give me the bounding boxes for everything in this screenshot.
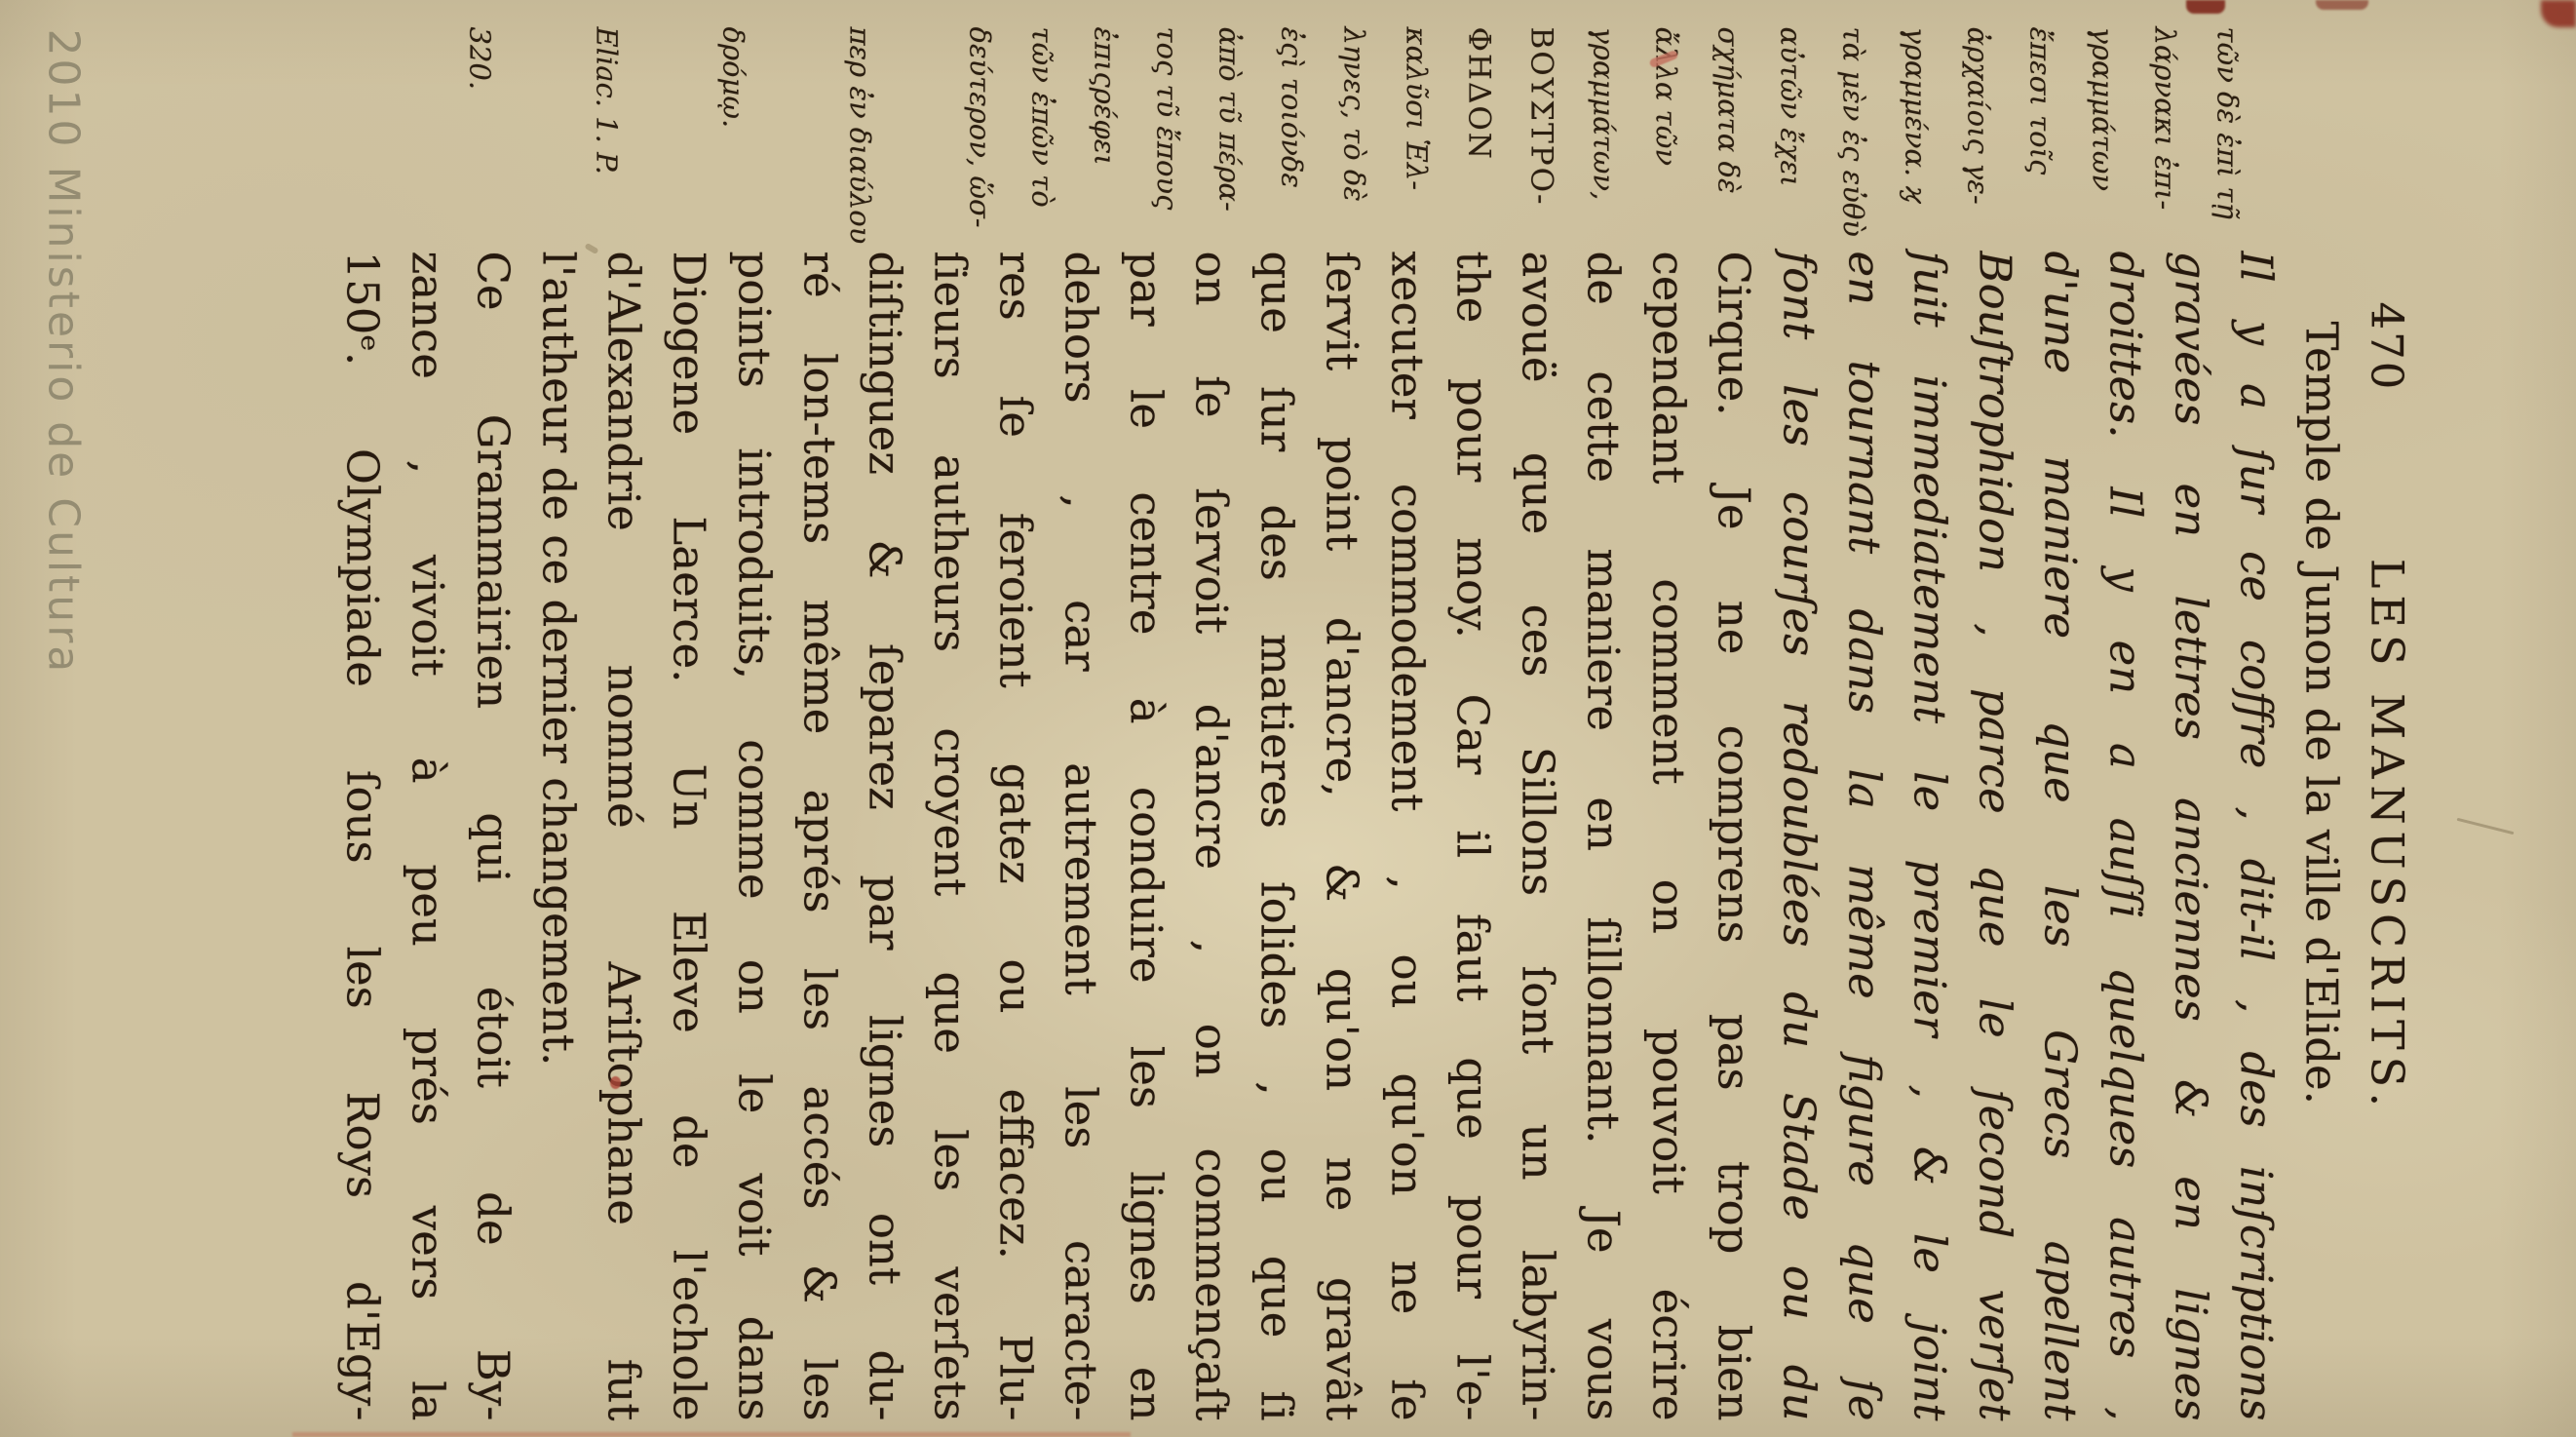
text-line: par le centre à conduire les lignes en [1114,252,1179,1421]
text-line: on ſe ſervoit d'ancre , on commençaſt [1179,252,1245,1421]
citation-source: Eliac. 1. P. [544,27,671,253]
margin-note-line: ἀπὸ τῦ πέρα- [1199,27,1261,253]
text-line: 150ᵉ. Olympiade ſous les Roys d'Egy- [330,252,396,1421]
margin-note-line: σχήματα δὲ [1698,27,1760,253]
margin-note-line-phedon: ΦΗΔΟΝ [1448,27,1511,253]
margin-note-line: τῶν ἐπῶν τὸ [1012,27,1074,253]
margin-note-line: γραμμένα. ϗ [1885,27,1947,253]
text-line: cependant comment on pouvoit écrire [1636,252,1702,1421]
text-line: res ſe feroient gatez ou effacez. Plu- [983,252,1049,1421]
text-line: de cette maniere en ſillonnant. Je vous [1571,252,1636,1421]
text-line: font les courſes redoublées du Stade ou … [1767,252,1832,1421]
margin-note-line: ἐςὶ τοιόνδε [1261,27,1324,253]
text-line: gravées en lettres anciennes & en lignes [2159,252,2224,1421]
margin-note-greek: τῶν δὲ ἐπὶ τῇ λάρνακι ἐπι- γραμμάτων ἔπε… [949,27,2259,253]
text-line: ſuit immediatement le premier , & le joi… [1898,252,1963,1421]
book-page-rotated: τῶν δὲ ἐπὶ τῇ λάρνακι ἐπι- γραμμάτων ἔπε… [0,0,2576,1437]
text-line: diſtinguez & ſeparez par lignes ont du- [853,252,918,1421]
margin-note-line: καλῦσι Ἑλ- [1386,27,1448,253]
text-line: the pour moy. Car il faut que pour l'e- [1441,252,1506,1421]
text-line: Il y a ſur ce coffre , dit-il , des inſc… [2224,252,2289,1421]
scanned-book-page: τῶν δὲ ἐπὶ τῇ λάρνακι ἐπι- γραμμάτων ἔπε… [0,0,2576,1437]
margin-note-line: τος τῦ ἔπους [1136,27,1199,253]
margin-note-line: ἐπιςρέφει [1074,27,1136,253]
margin-note-line: δεύτερον, ὥσ- [949,27,1012,253]
margin-note-line: ἀρχαίοις γε- [1947,27,2010,253]
text-line: que ſur des matieres ſolides , ou que ſi [1245,252,1310,1421]
running-head: 470 LES MANUSCRITS. [2355,252,2420,1421]
text-line: en tournant dans la même figure que ſe [1832,252,1898,1421]
text-line: ſervit point d'ancre, & qu'on ne gravât [1310,252,1375,1421]
margin-note-line-boustro: ΒΟΥΣΤΡΟ- [1511,27,1573,253]
margin-note-line: ληνες, τὸ δὲ [1324,27,1386,253]
text-line: Cirque. Je ne comprens pas trop bien [1702,252,1767,1421]
margin-note-line: δρόμῳ. [671,27,797,253]
citation-page: 320. [417,27,544,253]
margin-note-line: τῶν δὲ ἐπὶ τῇ [2197,27,2259,253]
text-line: ré lon-tems même aprés les accés & les [788,252,853,1421]
text-line: droittes. Il y en a auſſi quelques autre… [2094,252,2159,1421]
margin-note-line: γραμμάτων [2072,27,2134,253]
margin-note-line: λάρνακι ἐπι- [2134,27,2197,253]
text-line: dehors , car autrement les caracte- [1049,252,1114,1421]
text-line: Diogene Laerce. Un Eleve de l'echole [657,252,722,1421]
text-line: zance , vivoit à peu prés vers la [396,252,461,1421]
text-line: d'une maniere que les Grecs apellent [2028,252,2094,1421]
text-line: Temple de Junon de la ville d'Elide. [2289,252,2355,1421]
text-line: xecuter commodement , ou qu'on ne ſe [1375,252,1441,1421]
watermark-text: 2010 Ministerio de Cultura [39,29,89,907]
margin-note-line: τὰ μὲν ἐς εὐθὺ [1823,27,1885,253]
text-line: ſieurs autheurs croyent que les verſets [918,252,983,1421]
running-title: LES MANUSCRITS. [2355,252,2420,1421]
text-line: Bouſtrophidon , parce que le ſecond verſ… [1963,252,2028,1421]
text-line: avouë que ces Sillons ſont un labyrin- [1506,252,1571,1421]
text-line: d'Alexandrie nommé Ariſtophane fut [592,252,657,1421]
text-line: Ce Grammairien qui étoit de By- [461,252,526,1421]
text-line: l'autheur de ce dernier changement. [526,252,592,1421]
margin-note-line: περ ἐν διαύλου [797,27,924,253]
margin-note-line: αὐτῶν ἔχει [1760,27,1823,253]
text-line: points introduits, comme on le voit dans [722,252,788,1421]
margin-note-line: ἔπεσι τοῖς [2010,27,2072,253]
margin-note-line: γραμμάτων, [1573,27,1635,253]
main-text-block: 470 LES MANUSCRITS. Temple de Junon de l… [330,252,2420,1421]
margin-note-citation: περ ἐν διαύλου δρόμῳ. Eliac. 1. P. 320. [417,27,924,253]
margin-note-line: ἄλλα τῶν [1635,27,1698,253]
